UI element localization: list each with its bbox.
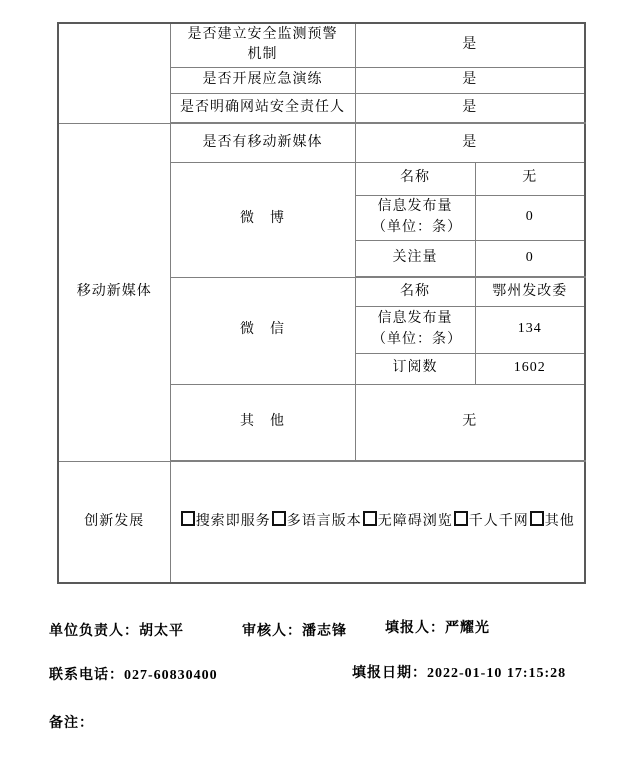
report-page: 是否建立安全监测预警机制 是 是否开展应急演练 是 是否明确网站安全责任人 是 … <box>0 0 644 763</box>
innovation-option: 无障碍浏览 <box>362 514 453 529</box>
row-security-monitor: 是否建立安全监测预警机制 是 <box>58 23 585 67</box>
other-media-label: 其 他 <box>170 384 355 461</box>
innovation-options-cell: 搜索即服务多语言版本无障碍浏览千人千网其他 <box>170 461 585 583</box>
category-cell-empty <box>58 23 170 123</box>
wechat-posts-label: 信息发布量（单位：条） <box>372 309 458 350</box>
weibo-label: 微 博 <box>170 162 355 277</box>
weibo-name-label: 名称 <box>355 162 475 195</box>
security-monitor-value: 是 <box>355 23 585 67</box>
has-mobile-media-value: 是 <box>355 123 585 162</box>
innovation-option-label: 多语言版本 <box>287 514 362 529</box>
report-table: 是否建立安全监测预警机制 是 是否开展应急演练 是 是否明确网站安全责任人 是 … <box>57 22 586 584</box>
row-innovation: 创新发展 搜索即服务多语言版本无障碍浏览千人千网其他 <box>58 461 585 583</box>
wechat-posts-value: 134 <box>475 306 585 353</box>
weibo-name-value: 无 <box>475 162 585 195</box>
weibo-posts-label: 信息发布量（单位：条） <box>372 197 458 238</box>
innovation-option: 搜索即服务 <box>180 514 271 529</box>
has-mobile-media-label: 是否有移动新媒体 <box>170 123 355 162</box>
other-media-value: 无 <box>355 384 585 461</box>
innovation-option: 其他 <box>529 514 575 529</box>
innovation-option-label: 搜索即服务 <box>196 514 271 529</box>
security-person-value: 是 <box>355 93 585 123</box>
innovation-option: 千人千网 <box>453 514 529 529</box>
checkbox-search-as-service-icon[interactable] <box>181 511 195 526</box>
checkbox-accessibility-icon[interactable] <box>363 511 377 526</box>
wechat-subscribers-value: 1602 <box>475 353 585 384</box>
footer-phone: 联系电话：027-60830400 <box>49 664 218 684</box>
wechat-label: 微 信 <box>170 277 355 384</box>
weibo-followers-value: 0 <box>475 240 585 277</box>
footer-filler: 填报人：严耀光 <box>385 617 490 637</box>
row-has-mobile-media: 移动新媒体 是否有移动新媒体 是 <box>58 123 585 162</box>
security-person-label: 是否明确网站安全责任人 <box>170 93 355 123</box>
footer-unit-head: 单位负责人：胡太平 <box>49 620 184 640</box>
innovation-option: 多语言版本 <box>271 514 362 529</box>
wechat-name-label: 名称 <box>355 277 475 306</box>
wechat-posts-label-cell: 信息发布量（单位：条） <box>355 306 475 353</box>
checkbox-other-icon[interactable] <box>530 511 544 526</box>
category-mobile-media: 移动新媒体 <box>58 123 170 461</box>
innovation-option-label: 无障碍浏览 <box>378 514 453 529</box>
footer-reviewer: 审核人：潘志锋 <box>242 620 347 640</box>
footer-report-date: 填报日期：2022-01-10 17:15:28 <box>352 662 566 682</box>
wechat-name-value: 鄂州发改委 <box>475 277 585 306</box>
weibo-followers-label: 关注量 <box>355 240 475 277</box>
checkbox-personalized-icon[interactable] <box>454 511 468 526</box>
innovation-option-label: 其他 <box>545 514 575 529</box>
innovation-option-label: 千人千网 <box>469 514 529 529</box>
security-monitor-label: 是否建立安全监测预警机制 <box>184 25 342 66</box>
category-innovation: 创新发展 <box>58 461 170 583</box>
wechat-subscribers-label: 订阅数 <box>355 353 475 384</box>
emergency-drill-value: 是 <box>355 67 585 93</box>
weibo-posts-label-cell: 信息发布量（单位：条） <box>355 195 475 240</box>
checkbox-multilingual-icon[interactable] <box>272 511 286 526</box>
security-monitor-label-cell: 是否建立安全监测预警机制 <box>170 23 355 67</box>
emergency-drill-label: 是否开展应急演练 <box>170 67 355 93</box>
weibo-posts-value: 0 <box>475 195 585 240</box>
footer-remarks: 备注： <box>49 712 94 732</box>
